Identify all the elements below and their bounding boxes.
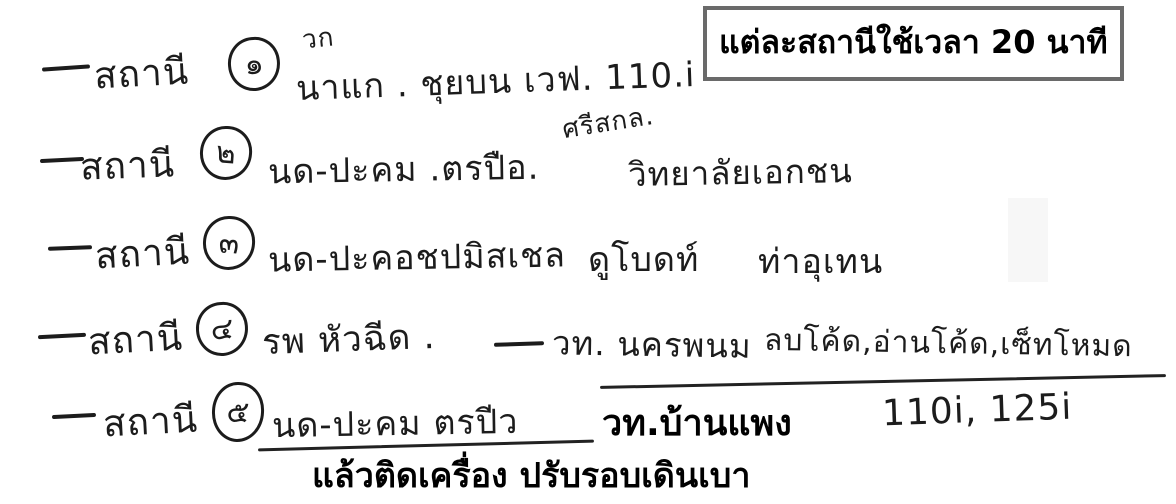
time-box-text: แต่ละสถานีใช้เวลา 20 นาที: [719, 23, 1108, 61]
station-number-circle: ๒: [198, 124, 254, 181]
station-number: ๓: [218, 219, 241, 267]
line4-underlined-text: ลบโค้ด,อ่านโค้ด,เซ็ทโหมด: [764, 317, 1134, 370]
bottom-printed-text: แล้วติดเครื่อง ปรับรอบเดินเบา: [312, 448, 750, 502]
bullet-dash: [40, 157, 84, 163]
station-word: สถานี: [94, 222, 192, 286]
bullet-dash: [48, 245, 92, 251]
station-word: สถานี: [93, 42, 191, 106]
scan-artifact: [1008, 198, 1048, 282]
line5-printed-text: วท.บ้านแพง: [602, 394, 792, 451]
bullet-dash: [38, 333, 86, 340]
line3-text: นด-ปะคอชปมิสเชล: [268, 227, 567, 286]
bullet-dash: [52, 413, 96, 419]
station-number: ๕: [226, 388, 250, 436]
station-number: ๔: [209, 305, 235, 353]
bullet-dash: [42, 64, 90, 71]
line1-superscript: วก: [300, 16, 336, 60]
line2-text2: วิทยาลัยเอกชน: [628, 144, 854, 201]
station-number-circle: ๕: [211, 381, 265, 443]
connector-dash: [494, 341, 544, 347]
station-number-circle: ๑: [226, 35, 283, 93]
line3-text2: ดูโบดท์: [588, 232, 699, 286]
handwritten-note-page: แต่ละสถานีใช้เวลา 20 นาที สถานี ๑ วก นาแ…: [0, 0, 1176, 504]
time-box: แต่ละสถานีใช้เวลา 20 นาที: [703, 6, 1124, 81]
line4-text2: วท. นครพนม: [552, 316, 753, 372]
station-word: สถานี: [87, 308, 185, 372]
line3-text3: ท่าอุเทน: [758, 234, 883, 288]
station-number: ๒: [214, 129, 237, 177]
station-word: สถานี: [79, 134, 176, 196]
station-word: สถานี: [102, 390, 200, 454]
line2-text: นด-ปะคม .ตรปือ.: [268, 140, 540, 199]
line4-below-text: 110i, 125i: [881, 387, 1073, 435]
station-number-circle: ๓: [202, 215, 257, 272]
underline-codes: [600, 374, 1166, 389]
station-number-circle: ๔: [194, 300, 250, 357]
station-number: ๑: [242, 40, 265, 88]
line4-text: รพ หัวฉีด .: [261, 309, 436, 370]
